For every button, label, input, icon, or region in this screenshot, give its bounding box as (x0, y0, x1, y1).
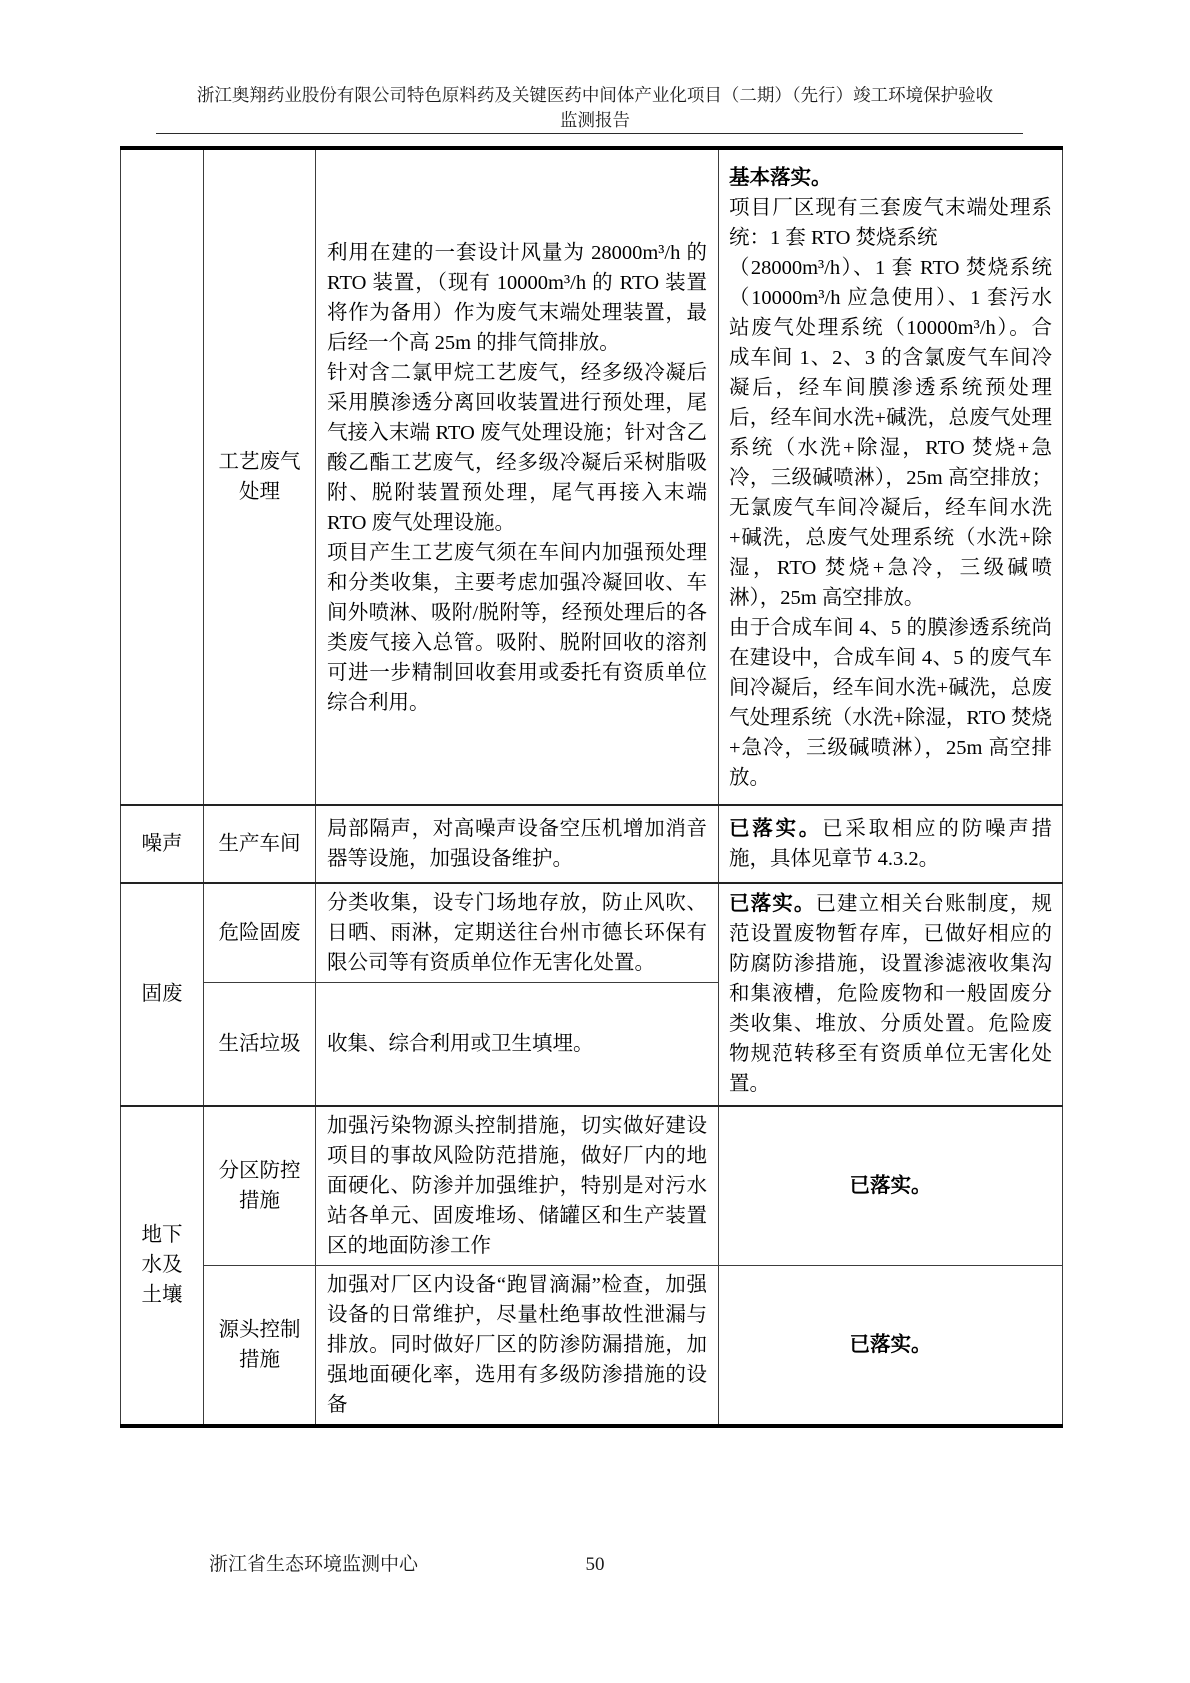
table-row-hazardous-waste: 固废 危险固废 分类收集，设专门场地存放，防止风吹、日晒、雨淋，定期送往台州市德… (121, 883, 1063, 983)
header-title-line2: 监测报告 (95, 108, 1095, 133)
table-row-noise: 噪声 生产车间 局部隔声，对高噪声设备空压机增加消音器等设施，加强设备维护。 已… (121, 805, 1063, 883)
page-header: 浙江奥翔药业股份有限公司特色原料药及关键医药中间体产业化项目（二期）（先行）竣工… (95, 83, 1095, 133)
measure-cell-noise: 局部隔声，对高噪声设备空压机增加消音器等设施，加强设备维护。 (316, 805, 719, 883)
status-title-waste-gas: 基本落实。 (729, 163, 1052, 193)
sub-cell-source-control: 源头控制措施 (204, 1265, 316, 1426)
status-body-waste-gas: 项目厂区现有三套废气末端处理系统：1 套 RTO 焚烧系统 （28000m³/h… (729, 193, 1052, 793)
measure-cell-zoning-control: 加强污染物源头控制措施，切实做好建设项目的事故风险防范措施，做好厂内的地面硬化、… (316, 1106, 719, 1266)
measure-cell-domestic-waste: 收集、综合利用或卫生填埋。 (316, 983, 719, 1106)
table-row-source-control: 源头控制措施 加强对厂区内设备“跑冒滴漏”检查，加强设备的日常维护，尽量杜绝事故… (121, 1265, 1063, 1426)
status-cell-noise: 已落实。已采取相应的防噪声措施，具体见章节 4.3.2。 (719, 805, 1063, 883)
table-row-zoning-control: 地下水及土壤 分区防控措施 加强污染物源头控制措施，切实做好建设项目的事故风险防… (121, 1106, 1063, 1266)
sub-cell-production-workshop: 生产车间 (204, 805, 316, 883)
status-cell-source-control: 已落实。 (719, 1265, 1063, 1426)
category-cell-empty (121, 148, 204, 805)
measure-cell-hazardous-waste: 分类收集，设专门场地存放，防止风吹、日晒、雨淋，定期送往台州市德长环保有限公司等… (316, 883, 719, 983)
category-cell-noise: 噪声 (121, 805, 204, 883)
table-row-waste-gas: 工艺废气处理 利用在建的一套设计风量为 28000m³/h 的 RTO 装置，（… (121, 148, 1063, 805)
status-body-solid-waste: 已建立相关台账制度，规范设置废物暂存库，已做好相应的防腐防渗措施，设置渗滤液收集… (729, 893, 1052, 1095)
status-cell-waste-gas: 基本落实。 项目厂区现有三套废气末端处理系统：1 套 RTO 焚烧系统 （280… (719, 148, 1063, 805)
measure-cell-waste-gas: 利用在建的一套设计风量为 28000m³/h 的 RTO 装置，（现有 1000… (316, 148, 719, 805)
status-cell-solid-waste: 已落实。已建立相关台账制度，规范设置废物暂存库，已做好相应的防腐防渗措施，设置渗… (719, 883, 1063, 1106)
category-cell-groundwater-soil: 地下水及土壤 (121, 1106, 204, 1426)
footer-page-number: 50 (0, 1553, 1190, 1577)
status-title-solid-waste: 已落实。 (729, 893, 815, 915)
header-divider (156, 133, 1023, 134)
sub-cell-domestic-waste: 生活垃圾 (204, 983, 316, 1106)
status-title-noise: 已落实。 (729, 818, 822, 840)
status-cell-zoning-control: 已落实。 (719, 1106, 1063, 1266)
sub-cell-hazardous-waste: 危险固废 (204, 883, 316, 983)
sub-cell-zoning-control: 分区防控措施 (204, 1106, 316, 1266)
sub-cell-process-waste-gas: 工艺废气处理 (204, 148, 316, 805)
measure-cell-source-control: 加强对厂区内设备“跑冒滴漏”检查，加强设备的日常维护，尽量杜绝事故性泄漏与排放。… (316, 1265, 719, 1426)
category-cell-solid-waste: 固废 (121, 883, 204, 1106)
report-table: 工艺废气处理 利用在建的一套设计风量为 28000m³/h 的 RTO 装置，（… (120, 146, 1063, 1428)
header-title-line1: 浙江奥翔药业股份有限公司特色原料药及关键医药中间体产业化项目（二期）（先行）竣工… (95, 83, 1095, 108)
